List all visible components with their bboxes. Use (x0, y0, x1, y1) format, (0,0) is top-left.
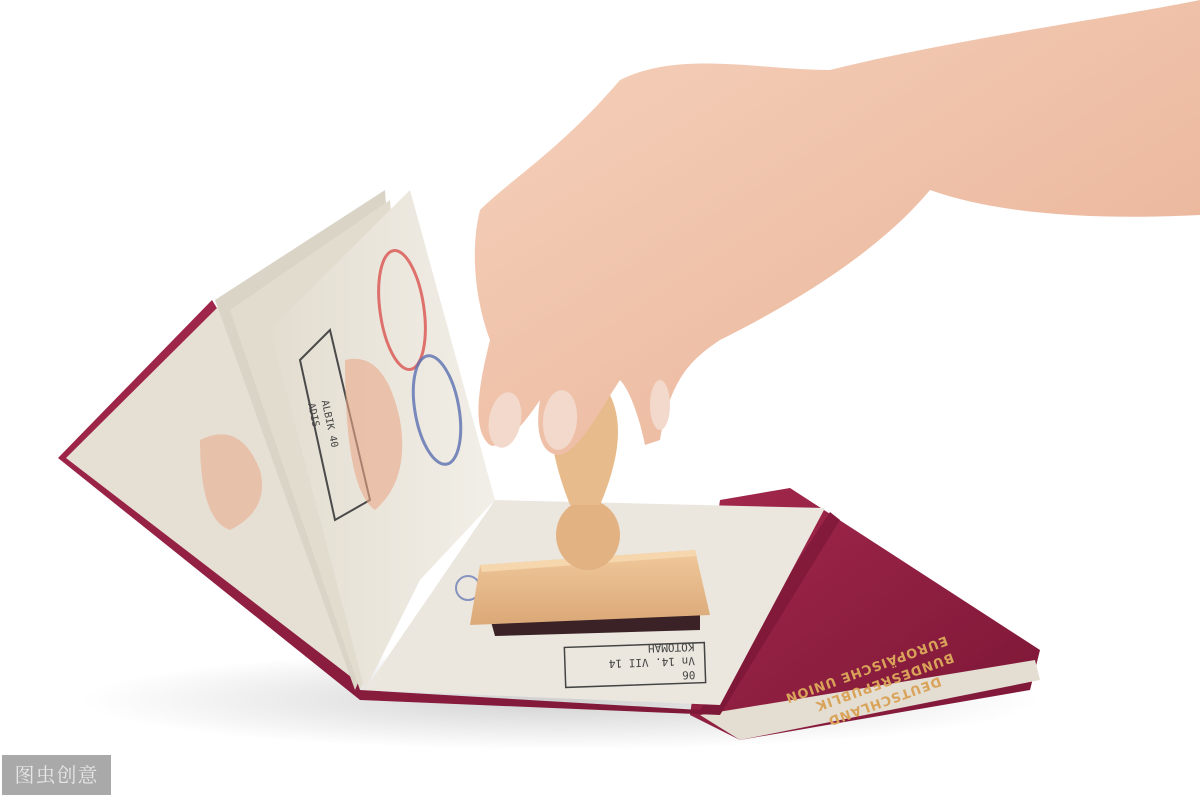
hand (475, 0, 1200, 455)
watermark: 图虫创意 (2, 755, 111, 795)
page-stamp-line1: 06 (682, 668, 696, 681)
page-stamp-line3: KOTOMAH (648, 640, 695, 655)
photo-scene: EUROPÄISCHE UNION BUNDESREPUBLIK DEUTSCH… (0, 0, 1200, 799)
